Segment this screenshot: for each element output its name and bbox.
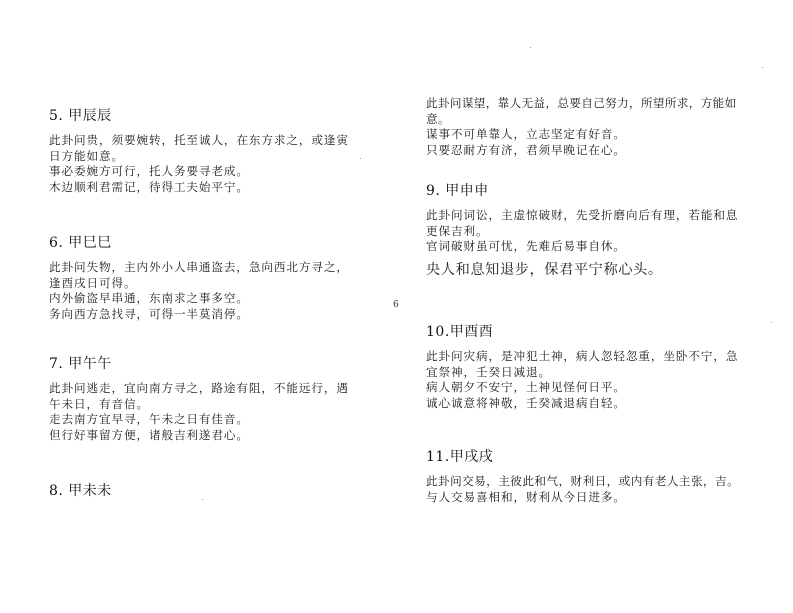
entry-paragraph: 诚心诚意将神敬，壬癸减退病自轻。 bbox=[426, 396, 748, 412]
entry-8-continuation: 此卦问谋望，靠人无益，总要自己努力，所望所求，方能如意。 谋事不可单靠人，立志坚… bbox=[426, 90, 754, 158]
entry-5: 5. 甲辰辰 此卦问贵，须要婉转，托至诚人，在东方求之，或逢寅日方能如意。 事必… bbox=[49, 108, 361, 195]
entry-heading: 10.甲酉酉 bbox=[426, 324, 748, 340]
entry-paragraph: 病人朝夕不安宁，土神见怪何日平。 bbox=[426, 380, 748, 396]
entry-paragraph: 此卦问交易，主彼此和气，财利日，或内有老人主张，吉。 bbox=[426, 474, 766, 490]
entry-heading: 6. 甲巳巳 bbox=[49, 235, 361, 251]
entry-9: 9. 甲申申 此卦问词讼，主虚惊破财，先受折磨向后有理，若能和息更保吉利。 官词… bbox=[426, 183, 748, 279]
entry-7: 7. 甲午午 此卦问逃走，宜向南方寻之，路途有阻，不能远行，遇午未日，有音信。 … bbox=[49, 356, 361, 443]
entry-paragraph: 内外偷盗早串通，东南求之事多空。 bbox=[49, 291, 361, 307]
entry-body: 此卦问灾病，是冲犯土神，病人忽轻忽重，坐卧不宁，急宜祭神，壬癸日减退。 病人朝夕… bbox=[426, 349, 748, 411]
entry-paragraph: 与人交易喜相和，财利从今日进多。 bbox=[426, 490, 766, 506]
entry-11: 11.甲戌戌 此卦问交易，主彼此和气，财利日，或内有老人主张，吉。 与人交易喜相… bbox=[426, 449, 766, 505]
entry-paragraph: 务向西方急找寻，可得一半莫消停。 bbox=[49, 307, 361, 323]
entry-paragraph: 但行好事留方便，诸般吉利遂君心。 bbox=[49, 428, 361, 444]
entry-heading: 9. 甲申申 bbox=[426, 183, 748, 199]
entry-body: 此卦问贵，须要婉转，托至诚人，在东方求之，或逢寅日方能如意。 事必委婉方可行，托… bbox=[49, 133, 361, 195]
entry-heading: 8. 甲未未 bbox=[49, 483, 361, 499]
left-page: 5. 甲辰辰 此卦问贵，须要婉转，托至诚人，在东方求之，或逢寅日方能如意。 事必… bbox=[0, 0, 396, 613]
entry-body: 此卦问失物，主内外小人串通盗去，急向西北方寻之，逢酉戌日可得。 内外偷盗早串通，… bbox=[49, 260, 361, 322]
entry-paragraph: 此卦问谋望，靠人无益，总要自己努力，所望所求，方能如意。 bbox=[426, 96, 754, 127]
entry-10: 10.甲酉酉 此卦问灾病，是冲犯土神，病人忽轻忽重，坐卧不宁，急宜祭神，壬癸日减… bbox=[426, 324, 748, 411]
entry-body: 此卦问逃走，宜向南方寻之，路途有阻，不能远行，遇午未日，有音信。 走去南方宜早寻… bbox=[49, 381, 361, 443]
entry-heading: 11.甲戌戌 bbox=[426, 449, 766, 465]
scan-speck bbox=[530, 47, 531, 48]
entry-paragraph: 走去南方宜早寻，午未之日有佳音。 bbox=[49, 412, 361, 428]
entry-paragraph: 此卦问失物，主内外小人串通盗去，急向西北方寻之，逢酉戌日可得。 bbox=[49, 260, 361, 291]
scan-speck bbox=[771, 322, 772, 323]
entry-paragraph: 官词破财虽可忧，先难后易事自休。 bbox=[426, 239, 748, 255]
entry-body: 此卦问谋望，靠人无益，总要自己努力，所望所求，方能如意。 谋事不可单靠人，立志坚… bbox=[426, 96, 754, 158]
entry-paragraph: 此卦问词讼，主虚惊破财，先受折磨向后有理，若能和息更保吉利。 bbox=[426, 208, 748, 239]
entry-paragraph: 此卦问贵，须要婉转，托至诚人，在东方求之，或逢寅日方能如意。 bbox=[49, 133, 361, 164]
entry-heading: 7. 甲午午 bbox=[49, 356, 361, 372]
entry-paragraph: 只要忍耐方有济，君须早晚记在心。 bbox=[426, 143, 754, 159]
entry-paragraph-large: 央人和息知退步，保君平宁称心头。 bbox=[426, 261, 748, 279]
entry-body: 此卦问词讼，主虚惊破财，先受折磨向后有理，若能和息更保吉利。 官词破财虽可忧，先… bbox=[426, 208, 748, 279]
entry-paragraph: 事必委婉方可行，托人务要寻老成。 bbox=[49, 164, 361, 180]
entry-paragraph: 谋事不可单靠人，立志坚定有好音。 bbox=[426, 127, 754, 143]
scan-speck bbox=[202, 499, 203, 500]
entry-paragraph: 木边顺利君需记，待得工夫始平宁。 bbox=[49, 180, 361, 196]
scan-speck bbox=[762, 67, 763, 68]
entry-6: 6. 甲巳巳 此卦问失物，主内外小人串通盗去，急向西北方寻之，逢酉戌日可得。 内… bbox=[49, 235, 361, 322]
entry-body: 此卦问交易，主彼此和气，财利日，或内有老人主张，吉。 与人交易喜相和，财利从今日… bbox=[426, 474, 766, 505]
entry-8: 8. 甲未未 bbox=[49, 483, 361, 499]
scan-speck bbox=[360, 158, 361, 159]
entry-heading: 5. 甲辰辰 bbox=[49, 108, 361, 124]
right-page: 此卦问谋望，靠人无益，总要自己努力，所望所求，方能如意。 谋事不可单靠人，立志坚… bbox=[396, 0, 793, 613]
entry-paragraph: 此卦问灾病，是冲犯土神，病人忽轻忽重，坐卧不宁，急宜祭神，壬癸日减退。 bbox=[426, 349, 748, 380]
entry-paragraph: 此卦问逃走，宜向南方寻之，路途有阻，不能远行，遇午未日，有音信。 bbox=[49, 381, 361, 412]
